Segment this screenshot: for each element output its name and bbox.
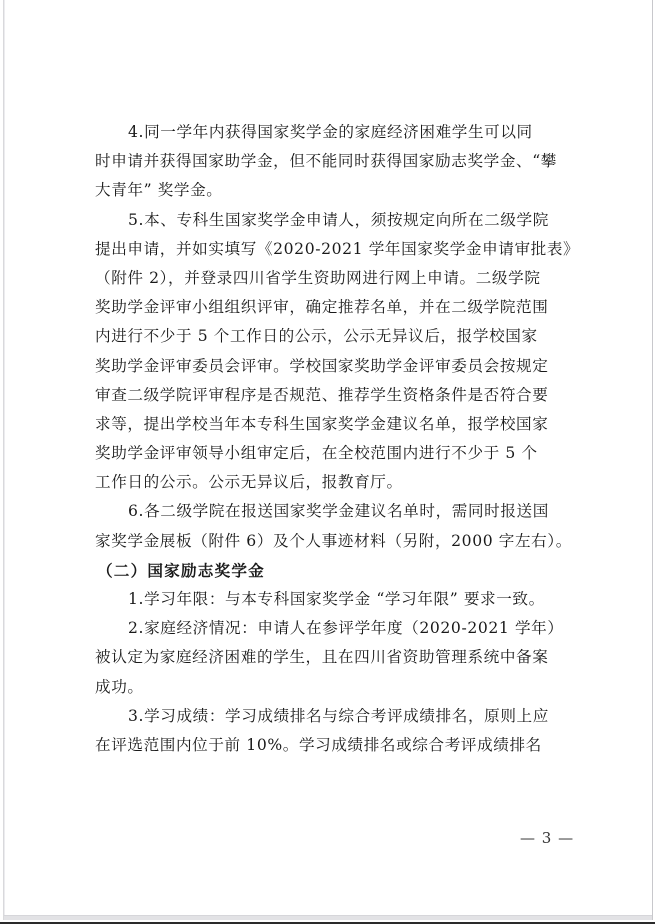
text-line: 1.学习年限：与本专科国家奖学金 “学习年限” 要求一致。: [95, 585, 581, 614]
document-page: 4.同一学年内获得国家奖学金的家庭经济困难学生可以同 时申请并获得国家助学金，但…: [3, 0, 653, 920]
text-line: 2.家庭经济情况：申请人在参评学年度（2020-2021 学年）: [95, 614, 581, 643]
section-paragraph-2: 2.家庭经济情况：申请人在参评学年度（2020-2021 学年） 被认定为家庭经…: [95, 614, 581, 702]
text-line: 4.同一学年内获得国家奖学金的家庭经济困难学生可以同: [95, 118, 581, 147]
text-line: 家奖学金展板（附件 6）及个人事迹材料（另附，2000 字左右）。: [95, 527, 581, 556]
text-line: 成功。: [95, 673, 581, 702]
paragraph-item-4: 4.同一学年内获得国家奖学金的家庭经济困难学生可以同 时申请并获得国家助学金，但…: [95, 118, 581, 206]
text-line: 5.本、专科生国家奖学金申请人，须按规定向所在二级学院: [95, 206, 581, 235]
page-number: — 3 —: [520, 829, 574, 847]
text-line: 求等，提出学校当年本专科生国家奖学金建议名单，报学校国家: [95, 410, 581, 439]
text-line: 被认定为家庭经济困难的学生，且在四川省资助管理系统中备案: [95, 643, 581, 672]
paragraph-item-6: 6.各二级学院在报送国家奖学金建议名单时，需同时报送国 家奖学金展板（附件 6）…: [95, 497, 581, 555]
text-line: 奖助学金评审小组组织评审，确定推荐名单，并在二级学院范围: [95, 293, 581, 322]
section-heading: （二）国家励志奖学金: [95, 556, 581, 585]
text-line: 6.各二级学院在报送国家奖学金建议名单时，需同时报送国: [95, 497, 581, 526]
text-line: 内进行不少于 5 个工作日的公示，公示无异议后，报学校国家: [95, 322, 581, 351]
section-paragraph-3: 3.学习成绩：学习成绩排名与综合考评成绩排名，原则上应 在评选范围内位于前 10…: [95, 702, 581, 760]
text-line: 在评选范围内位于前 10%。学习成绩排名或综合考评成绩排名: [95, 731, 581, 760]
text-line: 奖助学金评审委员会评审。学校国家奖助学金评审委员会按规定: [95, 352, 581, 381]
text-line: 提出申请，并如实填写《2020-2021 学年国家奖学金申请审批表》: [95, 235, 581, 264]
document-body: 4.同一学年内获得国家奖学金的家庭经济困难学生可以同 时申请并获得国家助学金，但…: [95, 118, 581, 760]
text-line: 时申请并获得国家助学金，但不能同时获得国家励志奖学金、“攀: [95, 147, 581, 176]
text-line: 3.学习成绩：学习成绩排名与综合考评成绩排名，原则上应: [95, 702, 581, 731]
text-line: 大青年” 奖学金。: [95, 176, 581, 205]
page-bottom-edge: [4, 915, 652, 920]
text-line: 工作日的公示。公示无异议后，报教育厅。: [95, 468, 581, 497]
text-line: 奖助学金评审领导小组审定后，在全校范围内进行不少于 5 个: [95, 439, 581, 468]
text-line: 审查二级学院评审程序是否规范、推荐学生资格条件是否符合要: [95, 381, 581, 410]
section-paragraph-1: 1.学习年限：与本专科国家奖学金 “学习年限” 要求一致。: [95, 585, 581, 614]
paragraph-item-5: 5.本、专科生国家奖学金申请人，须按规定向所在二级学院 提出申请，并如实填写《2…: [95, 206, 581, 498]
text-line: （附件 2），并登录四川省学生资助网进行网上申请。二级学院: [95, 264, 581, 293]
